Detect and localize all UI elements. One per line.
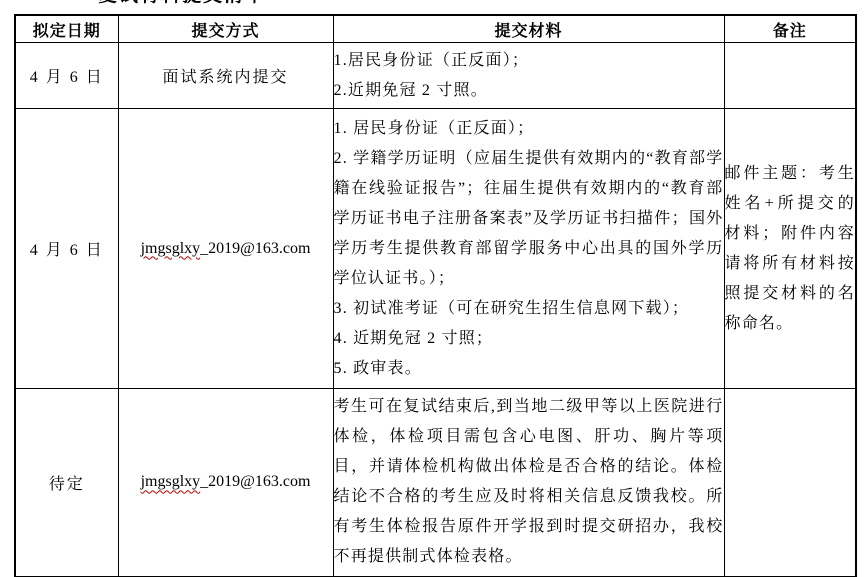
materials-item: 2.近期免冠 2 寸照。 — [334, 76, 724, 106]
materials-item: 1.居民身份证（正反面）； — [334, 46, 724, 76]
method-cell: 面试系统内提交 — [118, 43, 333, 109]
email-suffix: _2019@163.com — [200, 473, 310, 490]
clipped-heading: 复试材料提交清单 — [98, 0, 358, 7]
materials-item: 2. 学籍学历证明（应届生提供有效期内的“教育部学籍在线验证报告”；往届生提供有… — [334, 144, 724, 294]
table-row: 4 月 6 日 jmgsglxy_2019@163.com 1. 居民身份证（正… — [15, 109, 856, 389]
remark-cell: 邮件主题：考生姓名+所提交的材料；附件内容请将所有材料按照提交材料的名称命名。 — [724, 109, 856, 389]
header-proposed-date: 拟定日期 — [15, 15, 118, 43]
materials-item: 3. 初试准考证（可在研究生招生信息网下载）； — [334, 294, 724, 324]
materials-item: 1. 居民身份证（正反面）； — [334, 114, 724, 144]
header-submission-method: 提交方式 — [118, 15, 333, 43]
clipped-heading-text: 复试材料提交清单 — [98, 0, 358, 7]
remark-cell — [724, 43, 856, 109]
materials-paragraph: 考生可在复试结束后,到当地二级甲等以上医院进行体检，体检项目需包含心电图、肝功、… — [334, 392, 724, 572]
materials-cell: 1. 居民身份证（正反面）； 2. 学籍学历证明（应届生提供有效期内的“教育部学… — [333, 109, 724, 389]
materials-item: 5. 政审表。 — [334, 354, 724, 384]
header-row: 拟定日期 提交方式 提交材料 备注 — [15, 15, 856, 43]
email-suffix: _2019@163.com — [200, 240, 310, 257]
materials-cell: 考生可在复试结束后,到当地二级甲等以上医院进行体检，体检项目需包含心电图、肝功、… — [333, 389, 724, 577]
remark-cell — [724, 389, 856, 577]
remark-text: 邮件主题：考生姓名+所提交的材料；附件内容请将所有材料按照提交材料的名称命名。 — [725, 159, 856, 339]
date-cell: 待定 — [15, 389, 118, 577]
header-submission-materials: 提交材料 — [333, 15, 724, 43]
materials-item: 4. 近期免冠 2 寸照； — [334, 324, 724, 354]
header-remarks: 备注 — [724, 15, 856, 43]
email-prefix: jmgsglxy — [141, 240, 201, 257]
email-prefix: jmgsglxy — [141, 473, 201, 490]
method-email-cell: jmgsglxy_2019@163.com — [118, 389, 333, 577]
table-row: 4 月 6 日 面试系统内提交 1.居民身份证（正反面）； 2.近期免冠 2 寸… — [15, 43, 856, 109]
date-cell: 4 月 6 日 — [15, 43, 118, 109]
date-cell: 4 月 6 日 — [15, 109, 118, 389]
table-row: 待定 jmgsglxy_2019@163.com 考生可在复试结束后,到当地二级… — [15, 389, 856, 577]
materials-cell: 1.居民身份证（正反面）； 2.近期免冠 2 寸照。 — [333, 43, 724, 109]
method-email-cell: jmgsglxy_2019@163.com — [118, 109, 333, 389]
submission-materials-table: 拟定日期 提交方式 提交材料 备注 4 月 6 日 面试系统内提交 1.居民身份… — [14, 14, 857, 577]
